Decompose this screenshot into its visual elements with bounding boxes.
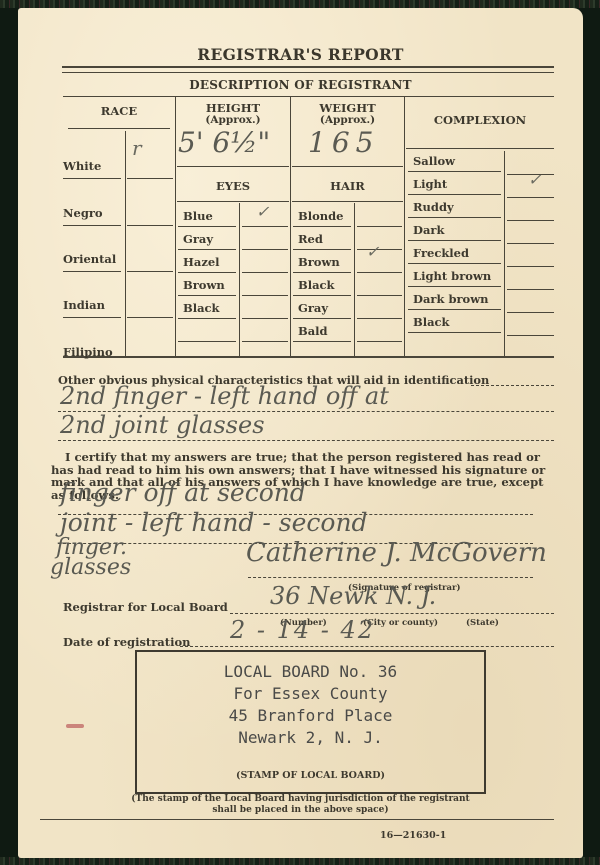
eyes-check-rule xyxy=(242,226,288,227)
signature-rule xyxy=(248,577,533,578)
document-subtitle: DESCRIPTION OF REGISTRANT xyxy=(18,78,583,92)
local-board-label: Registrar for Local Board xyxy=(63,600,228,614)
hair-brown-checkmark: ✓ xyxy=(366,242,379,261)
caption-state: (State) xyxy=(466,618,499,628)
race-check-rule xyxy=(127,178,173,179)
hair-check-divider xyxy=(354,203,355,356)
eyes-row-rule xyxy=(178,341,236,342)
race-check-rule xyxy=(127,271,173,272)
stamp-line-4: Newark 2, N. J. xyxy=(137,728,484,747)
characteristics-rule-2 xyxy=(58,440,554,441)
race-row-rule xyxy=(63,317,121,318)
weight-header-label: WEIGHT xyxy=(291,102,404,114)
eyes-option-hazel[interactable]: Hazel xyxy=(183,255,220,269)
eyes-row-rule xyxy=(178,226,236,227)
exception-line-2[interactable]: joint - left hand - second xyxy=(60,508,368,537)
height-header: HEIGHT (Approx.) xyxy=(176,102,290,126)
eyes-row-rule xyxy=(178,295,236,296)
form-number: 16—21630-1 xyxy=(380,830,446,841)
eyes-check-rule xyxy=(242,318,288,319)
registration-date-label: Date of registration xyxy=(63,635,190,649)
table-bottom-rule xyxy=(63,356,554,358)
complexion-option-dark-brown[interactable]: Dark brown xyxy=(413,292,489,306)
eyes-check-rule xyxy=(242,272,288,273)
registration-date-value[interactable]: 2 - 14 - 42 xyxy=(230,616,375,644)
hair-check-rule xyxy=(357,249,402,250)
hair-row-rule xyxy=(293,226,351,227)
scan-edge-bottom xyxy=(0,857,600,865)
hair-row-rule xyxy=(293,318,351,319)
complexion-row-rule xyxy=(408,194,501,195)
hair-option-brown[interactable]: Brown xyxy=(298,255,340,269)
hair-check-rule xyxy=(357,341,402,342)
hair-option-blonde[interactable]: Blonde xyxy=(298,209,343,223)
height-header-label: HEIGHT xyxy=(176,102,290,114)
title-double-rule xyxy=(62,66,554,73)
complexion-row-rule xyxy=(408,309,501,310)
complexion-check-rule xyxy=(507,335,554,336)
height-value-rule xyxy=(177,166,289,167)
col-divider-weight xyxy=(404,97,405,356)
weight-value: 165 xyxy=(308,126,379,159)
race-row-rule xyxy=(63,271,121,272)
hair-check-rule xyxy=(357,272,402,273)
characteristics-line-1[interactable]: 2nd finger - left hand off at xyxy=(60,382,389,410)
col-divider-height xyxy=(290,97,291,356)
race-option-oriental[interactable]: Oriental xyxy=(63,252,116,266)
stamp-note-line-2: shall be placed in the above space) xyxy=(18,805,583,815)
stamp-line-3: 45 Branford Place xyxy=(137,706,484,725)
complexion-row-rule xyxy=(408,217,501,218)
local-board-rule xyxy=(230,613,554,614)
complexion-light-checkmark: ✓ xyxy=(528,170,541,189)
characteristics-label-rule xyxy=(471,385,554,386)
eyes-option-gray[interactable]: Gray xyxy=(183,232,213,246)
complexion-option-light-brown[interactable]: Light brown xyxy=(413,269,491,283)
eyes-row-rule xyxy=(178,249,236,250)
red-ink-mark xyxy=(66,724,84,728)
local-board-stamp-box: LOCAL BOARD No. 36 For Essex County 45 B… xyxy=(135,650,486,794)
eyes-check-rule xyxy=(242,341,288,342)
hair-header: HAIR xyxy=(291,180,404,192)
complexion-option-ruddy[interactable]: Ruddy xyxy=(413,200,454,214)
hair-row-rule xyxy=(293,295,351,296)
race-option-filipino[interactable]: Filipino xyxy=(63,345,113,359)
complexion-row-rule xyxy=(408,332,501,333)
race-header-rule xyxy=(68,128,170,129)
hair-option-gray[interactable]: Gray xyxy=(298,301,328,315)
complexion-check-rule xyxy=(507,312,554,313)
race-row-rule xyxy=(63,178,121,179)
complexion-row-rule xyxy=(408,171,501,172)
height-value: 5' 6½" xyxy=(178,126,270,159)
hair-option-red[interactable]: Red xyxy=(298,232,323,246)
stamp-caption: (STAMP OF LOCAL BOARD) xyxy=(137,770,484,781)
race-check-rule xyxy=(127,317,173,318)
weight-value-rule xyxy=(292,166,403,167)
eyes-header-rule xyxy=(177,201,289,202)
complexion-option-freckled[interactable]: Freckled xyxy=(413,246,469,260)
complexion-row-rule xyxy=(408,240,501,241)
eyes-option-blue[interactable]: Blue xyxy=(183,209,213,223)
registrar-report-card: REGISTRAR'S REPORT DESCRIPTION OF REGIST… xyxy=(18,8,583,858)
col-divider-race xyxy=(175,97,176,356)
eyes-header: EYES xyxy=(176,180,290,192)
hair-check-rule xyxy=(357,226,402,227)
exception-line-4[interactable]: glasses xyxy=(50,555,131,580)
weight-header-note: (Approx.) xyxy=(291,114,404,126)
hair-check-rule xyxy=(357,318,402,319)
complexion-check-rule xyxy=(507,289,554,290)
document-title: REGISTRAR'S REPORT xyxy=(18,45,583,64)
race-header: RACE xyxy=(63,105,175,117)
complexion-option-dark[interactable]: Dark xyxy=(413,223,444,237)
exception-line-1[interactable]: finger off at second xyxy=(60,478,306,507)
eyes-blue-checkmark: ✓ xyxy=(256,202,269,221)
complexion-check-rule xyxy=(507,266,554,267)
complexion-header-rule xyxy=(406,148,554,149)
race-option-indian[interactable]: Indian xyxy=(63,298,105,312)
race-option-negro[interactable]: Negro xyxy=(63,206,103,220)
weight-header: WEIGHT (Approx.) xyxy=(291,102,404,126)
race-row-rule xyxy=(63,225,121,226)
eyes-check-divider xyxy=(239,203,240,356)
complexion-check-rule xyxy=(507,243,554,244)
height-header-note: (Approx.) xyxy=(176,114,290,126)
complexion-check-divider xyxy=(504,151,505,356)
stamp-line-2: For Essex County xyxy=(137,684,484,703)
race-check-divider xyxy=(125,131,126,356)
complexion-option-sallow[interactable]: Sallow xyxy=(413,154,455,168)
hair-option-black[interactable]: Black xyxy=(298,278,335,292)
registrar-signature[interactable]: Catherine J. McGovern xyxy=(246,538,547,568)
complexion-option-black[interactable]: Black xyxy=(413,315,450,329)
eyes-row-rule xyxy=(178,318,236,319)
race-check-rule xyxy=(127,225,173,226)
race-white-mark: r xyxy=(132,136,142,160)
hair-row-rule xyxy=(293,341,351,342)
hair-row-rule xyxy=(293,249,351,250)
hair-row-rule xyxy=(293,272,351,273)
characteristics-line-2[interactable]: 2nd joint glasses xyxy=(60,411,265,439)
stamp-note-line-1: (The stamp of the Local Board having jur… xyxy=(18,794,583,804)
eyes-option-black[interactable]: Black xyxy=(183,301,220,315)
registration-date-rule xyxy=(180,646,554,647)
eyes-check-rule xyxy=(242,249,288,250)
complexion-check-rule xyxy=(507,220,554,221)
eyes-option-brown[interactable]: Brown xyxy=(183,278,225,292)
complexion-header: COMPLEXION xyxy=(405,114,555,126)
scan-edge-top xyxy=(0,0,600,8)
stamp-line-1: LOCAL BOARD No. 36 xyxy=(137,662,484,681)
table-top-rule xyxy=(63,96,554,97)
hair-header-rule xyxy=(292,201,403,202)
hair-check-rule xyxy=(357,295,402,296)
eyes-row-rule xyxy=(178,272,236,273)
complexion-row-rule xyxy=(408,286,501,287)
hair-option-bald[interactable]: Bald xyxy=(298,324,328,338)
footer-rule xyxy=(40,819,554,820)
race-option-white[interactable]: White xyxy=(63,159,101,173)
complexion-option-light[interactable]: Light xyxy=(413,177,447,191)
complexion-row-rule xyxy=(408,263,501,264)
eyes-check-rule xyxy=(242,295,288,296)
complexion-check-rule xyxy=(507,197,554,198)
local-board-value[interactable]: 36 Newk N. J. xyxy=(270,582,436,610)
